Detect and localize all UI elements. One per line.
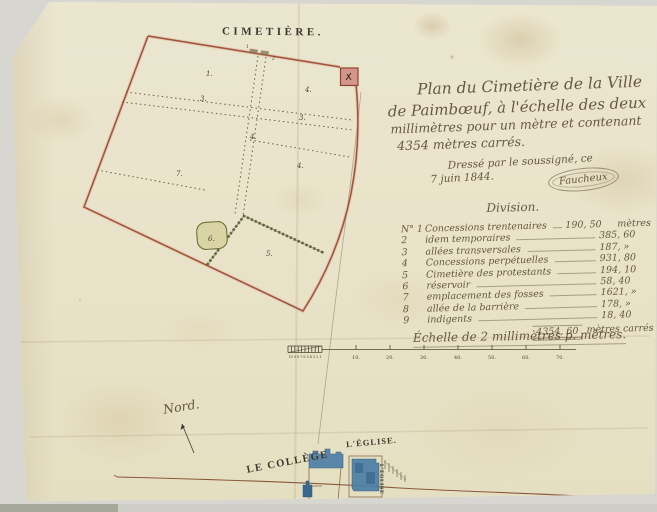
scale-tick-label: 10. bbox=[352, 355, 360, 361]
row-leader bbox=[553, 227, 562, 228]
row-leader bbox=[550, 295, 597, 297]
plot-marker: 3. bbox=[299, 114, 306, 122]
row-leader bbox=[554, 260, 595, 262]
row-number: 8 bbox=[403, 303, 427, 315]
row-number: 2 bbox=[401, 235, 425, 247]
church-side-label: L'ÉGLISE bbox=[378, 464, 384, 494]
scale-bar-labels: 10 9 8 7 6 5 4 3 2 1 10. 20. 30. 40. 50.… bbox=[289, 355, 565, 361]
scale-tick-label: 50. bbox=[488, 355, 496, 361]
gate-marker: 1 bbox=[246, 44, 249, 50]
chapel-square bbox=[341, 68, 359, 86]
row-label: allée de la barrière bbox=[427, 301, 519, 315]
fence-hatches bbox=[384, 460, 406, 482]
allee-secondaire-left bbox=[97, 170, 205, 190]
division-list: Division. N° 1 Concessions trentenaires … bbox=[400, 197, 654, 344]
row-number: 5 bbox=[402, 269, 426, 281]
scale-tick-label: 70. bbox=[556, 355, 564, 361]
plot-marker: 5. bbox=[266, 250, 273, 258]
row-number: 9 bbox=[403, 315, 427, 327]
cemetery-label: CIMETIÈRE. bbox=[222, 26, 324, 39]
north-arrow bbox=[181, 424, 195, 453]
dotted-allees bbox=[97, 56, 353, 216]
scale-subdivision-labels: 10 9 8 7 6 5 4 3 2 1 bbox=[289, 355, 322, 359]
plot-marker: 4. bbox=[296, 162, 304, 170]
plot-marker: 6. bbox=[208, 235, 215, 243]
row-number: 7 bbox=[403, 292, 427, 304]
row-leader bbox=[527, 249, 595, 252]
plot-markers: 1. 4. 3. 3. 4. 4. 7. 5. 6. 1 2 bbox=[176, 44, 312, 258]
photo-bottom-band-dark bbox=[0, 504, 118, 512]
row-unit: mètres bbox=[617, 218, 651, 230]
row-leader bbox=[525, 306, 597, 309]
allee-secondaire-right bbox=[250, 140, 350, 157]
row-leader bbox=[478, 317, 597, 321]
gate-marker: 2 bbox=[271, 56, 275, 62]
plot-marker: 4. bbox=[304, 86, 312, 94]
church-building bbox=[349, 456, 382, 497]
row-leader bbox=[476, 283, 596, 287]
row-number: 6 bbox=[402, 281, 426, 293]
plot-marker: 7. bbox=[176, 170, 183, 178]
scale-tick-label: 60. bbox=[522, 355, 530, 361]
pencil-guideline bbox=[318, 92, 361, 444]
cemetery-plot-outline bbox=[84, 36, 358, 311]
map-title: Plan du Cimetière de la Ville de Paimbœu… bbox=[387, 71, 651, 155]
row-leader bbox=[517, 238, 596, 241]
row-number: 3 bbox=[401, 246, 425, 258]
scale-tick-label: 30. bbox=[420, 355, 428, 361]
scanned-map-photo: 1. 4. 3. 3. 4. 4. 7. 5. 6. 1 2 bbox=[0, 0, 657, 512]
row-number: N° 1 bbox=[401, 224, 425, 236]
row-number: 4 bbox=[402, 258, 426, 270]
division-heading: Division. bbox=[486, 197, 650, 215]
row-value: 18, 40 bbox=[601, 309, 653, 322]
plot-marker: 3. bbox=[200, 95, 207, 103]
scale-tick-label: 20. bbox=[386, 355, 394, 361]
plot-marker: 4. bbox=[249, 133, 257, 141]
row-label: indigents bbox=[427, 314, 472, 327]
scale-tick-label: 40. bbox=[454, 355, 462, 361]
paper-sheet: 1. 4. 3. 3. 4. 4. 7. 5. 6. 1 2 bbox=[0, 0, 657, 512]
row-leader bbox=[557, 272, 596, 274]
plot-marker: 1. bbox=[206, 70, 213, 78]
